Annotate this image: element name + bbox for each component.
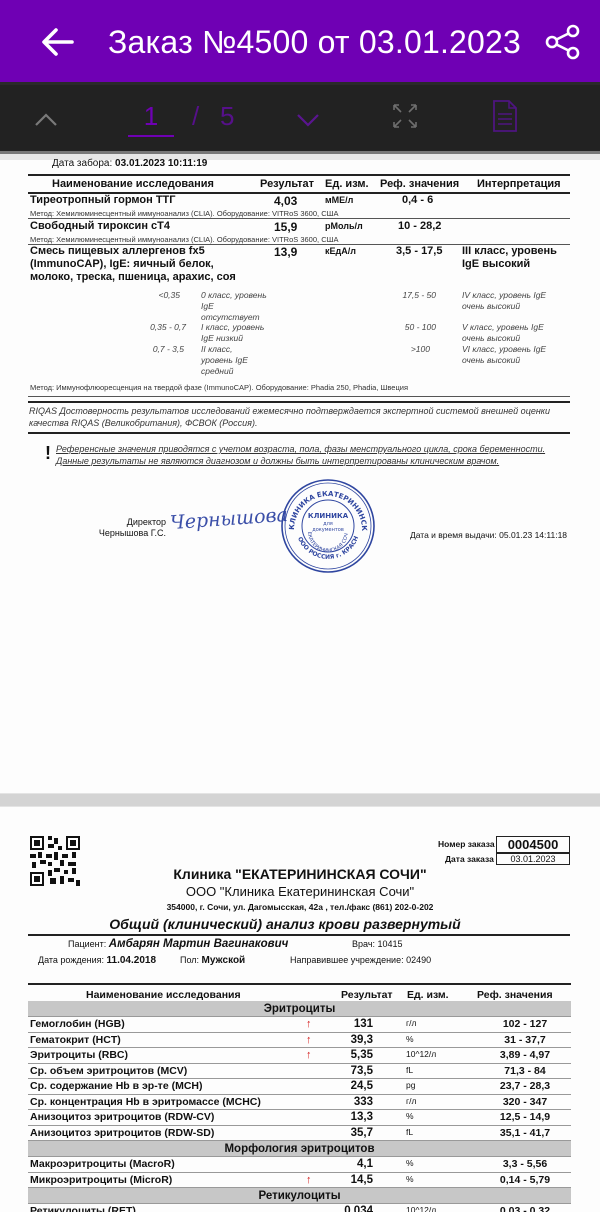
class-range: 50 - 100 xyxy=(390,322,436,333)
back-button[interactable] xyxy=(38,22,78,62)
class-desc: I класс, уровень IgE низкий xyxy=(201,322,264,344)
test-unit: 10^12/л xyxy=(406,1205,436,1212)
document-icon xyxy=(492,99,518,133)
test-ref: 23,7 - 28,3 xyxy=(480,1080,570,1092)
riqas-line: RIQAS Достоверность результатов исследов… xyxy=(29,406,550,418)
divider xyxy=(28,218,570,219)
class-desc: IV класс, уровень IgE очень высокий xyxy=(462,290,546,312)
class-line: II класс, xyxy=(201,344,248,355)
pdf-toolbar: 1 / 5 xyxy=(0,82,600,154)
riqas-line: качества RIQAS (Великобритания), ФСВОК (… xyxy=(29,418,550,430)
test-ref: 0,14 - 5,79 xyxy=(480,1174,570,1186)
issue-datetime: Дата и время выдачи: 05.01.23 14:11:18 xyxy=(410,530,567,540)
test-result: 73,5 xyxy=(351,1065,373,1077)
class-line: IV класс, уровень IgE xyxy=(462,290,546,301)
divider xyxy=(28,401,570,403)
class-line: средний xyxy=(201,366,248,377)
clinic-org: ООО "Клиника Екатерининская Сочи" xyxy=(0,884,600,899)
test-method: Метод: Иммунофлюоресценция на твердой фа… xyxy=(30,383,408,392)
patient-name: Амбарян Мартин Вагинакович xyxy=(109,938,289,950)
doctor-label: Врач: xyxy=(352,939,375,949)
test-name: Анизоцитоз эритроцитов (RDW-SD) xyxy=(30,1127,214,1139)
test-ref: 10 - 28,2 xyxy=(398,220,441,232)
page-separator-band xyxy=(0,793,600,807)
fullscreen-icon xyxy=(390,101,420,131)
table-row: Анизоцитоз эритроцитов (RDW-SD)35,7fL35,… xyxy=(28,1126,571,1142)
dob-value: 11.04.2018 xyxy=(107,955,157,966)
test-interpretation: III класс, уровень IgE высокий xyxy=(462,245,557,271)
test-ref: 0,03 - 0,32 xyxy=(480,1205,570,1212)
patient: Пациент: Амбарян Мартин Вагинакович xyxy=(68,938,288,950)
svg-text:документов: документов xyxy=(312,527,344,533)
test-name: Гемоглобин (HGB) xyxy=(30,1018,125,1030)
total-pages: 5 xyxy=(220,99,234,133)
analysis-title: Общий (клинический) анализ крови разверн… xyxy=(0,916,570,932)
test-name: Ср. содержание Hb в эр-те (MCH) xyxy=(30,1080,203,1092)
test-method: Метод: Хемилюминесцентный иммуноанализ (… xyxy=(30,209,339,218)
test-result: 333 xyxy=(354,1096,373,1108)
high-flag-icon: ↑ xyxy=(306,1049,312,1061)
warning-icon: ! xyxy=(45,443,51,463)
document-info-button[interactable] xyxy=(492,99,518,133)
interpretation-line: III класс, уровень xyxy=(462,245,557,258)
class-range: 0,7 - 3,5 xyxy=(130,344,184,355)
test-result: 4,1 xyxy=(357,1158,373,1170)
class-line: VI класс, уровень IgE xyxy=(462,344,546,355)
director-name: Чернышова Г.С. xyxy=(96,528,166,539)
class-line: I класс, уровень xyxy=(201,322,264,333)
class-range: 0,35 - 0,7 xyxy=(130,322,186,333)
director: Директор Чернышова Г.С. xyxy=(96,517,166,539)
test-name: Гематокрит (HCT) xyxy=(30,1034,121,1046)
test-ref: 0,4 - 6 xyxy=(402,194,433,206)
test-unit: мМЕ/л xyxy=(325,195,353,205)
class-line: IgE низкий xyxy=(201,333,264,344)
table-section-header: Ретикулоциты xyxy=(28,1188,571,1204)
issue-value: 05.01.23 14:11:18 xyxy=(499,530,567,540)
issue-label: Дата и время выдачи: xyxy=(410,530,497,540)
table-body: ЭритроцитыГемоглобин (HGB)↑131г/л102 - 1… xyxy=(28,1001,571,1212)
test-name-line: (ImmunoCAP), IgE: яичный белок, xyxy=(30,258,236,271)
divider xyxy=(28,396,570,397)
test-unit: % xyxy=(406,1034,414,1044)
class-line: V класс, уровень IgE xyxy=(462,322,544,333)
dob-label: Дата рождения: xyxy=(38,955,104,965)
table-row: Гемоглобин (HGB)↑131г/л102 - 127 xyxy=(28,1017,571,1033)
divider xyxy=(28,174,570,176)
test-method: Метод: Хемилюминесцентный иммуноанализ (… xyxy=(30,235,339,244)
test-ref: 35,1 - 41,7 xyxy=(480,1127,570,1139)
col-header-ref: Реф. значения xyxy=(477,989,553,1001)
high-flag-icon: ↑ xyxy=(306,1018,312,1030)
test-ref: 3,3 - 5,56 xyxy=(480,1158,570,1170)
table-row: Макроэритроциты (MacroR)4,1%3,3 - 5,56 xyxy=(28,1157,571,1173)
test-name: Макроэритроциты (MacroR) xyxy=(30,1158,175,1170)
test-ref: 12,5 - 14,9 xyxy=(480,1111,570,1123)
test-unit: pg xyxy=(406,1080,415,1090)
class-line: 0 класс, уровень xyxy=(201,290,267,301)
col-header-unit: Ед. изм. xyxy=(407,989,449,1001)
table-header: Наименование исследования Результат Ед. … xyxy=(28,983,571,1001)
test-result: 5,35 xyxy=(351,1049,373,1061)
col-header-result: Результат xyxy=(341,989,393,1001)
current-page-input[interactable]: 1 xyxy=(128,99,174,137)
col-header-interpretation: Интерпретация xyxy=(477,178,561,190)
sex-value: Мужской xyxy=(202,955,246,966)
signature: Чернышова xyxy=(169,504,288,534)
test-ref: 320 - 347 xyxy=(480,1096,570,1108)
class-line: очень высокий xyxy=(462,333,544,344)
referrer-value: 02490 xyxy=(406,955,431,965)
table-row: Ср. содержание Hb в эр-те (MCH)24,5pg23,… xyxy=(28,1079,571,1095)
reference-notice: Референсные значения приводятся с учетом… xyxy=(56,444,545,467)
page-separator: / xyxy=(192,99,199,133)
class-desc: V класс, уровень IgE очень высокий xyxy=(462,322,544,344)
test-ref: 3,89 - 4,97 xyxy=(480,1049,570,1061)
class-range: 17,5 - 50 xyxy=(390,290,436,301)
table-row: Микроэритроциты (MicroR)↑14,5%0,14 - 5,7… xyxy=(28,1173,571,1189)
test-result: 4,03 xyxy=(274,194,297,208)
test-name-line: Смесь пищевых аллергенов fx5 xyxy=(30,245,236,258)
test-unit: 10^12/л xyxy=(406,1049,436,1059)
col-header-name: Наименование исследования xyxy=(52,178,214,190)
test-result: 35,7 xyxy=(351,1127,373,1139)
test-result: 15,9 xyxy=(274,220,297,234)
class-desc: VI класс, уровень IgE очень высокий xyxy=(462,344,546,366)
class-range: <0,35 xyxy=(140,290,180,301)
svg-text:КЛИНИКА: КЛИНИКА xyxy=(308,512,349,520)
table-section-header: Эритроциты xyxy=(28,1001,571,1017)
referrer-label: Направившее учреждение: xyxy=(290,955,404,965)
class-line: очень высокий xyxy=(462,355,546,366)
test-unit: % xyxy=(406,1111,414,1121)
test-result: 13,9 xyxy=(274,245,297,259)
collection-date-value: 03.01.2023 10:11:19 xyxy=(115,158,207,169)
test-unit: г/л xyxy=(406,1096,416,1106)
notice-line: Данные результаты не являются диагнозом … xyxy=(56,456,545,468)
test-name-line: молоко, треска, пшеница, арахис, соя xyxy=(30,271,236,284)
test-name: Микроэритроциты (MicroR) xyxy=(30,1174,172,1186)
next-page-button[interactable] xyxy=(292,105,324,133)
collection-date-label: Дата забора: xyxy=(52,158,112,169)
class-range: >100 xyxy=(390,344,430,355)
col-header-ref: Реф. значения xyxy=(380,178,459,190)
table-row: Гематокрит (HCT)↑39,3%31 - 37,7 xyxy=(28,1033,571,1049)
share-icon xyxy=(542,22,582,62)
sex: Пол: Мужской xyxy=(180,955,245,966)
table-section-header: Морфология эритроцитов xyxy=(28,1141,571,1157)
collection-date: Дата забора: 03.01.2023 10:11:19 xyxy=(52,158,207,169)
test-name: Ср. объем эритроцитов (MCV) xyxy=(30,1065,187,1077)
test-unit: % xyxy=(406,1158,414,1168)
interpretation-line: IgE высокий xyxy=(462,258,557,271)
test-unit: fL xyxy=(406,1127,413,1137)
director-title: Директор xyxy=(96,517,166,528)
test-unit: кЕдА/л xyxy=(325,246,356,256)
test-result: 131 xyxy=(354,1018,373,1030)
clinic-address: 354000, г. Сочи, ул. Дагомысская, 42а , … xyxy=(0,902,600,912)
referrer: Направившее учреждение: 02490 xyxy=(290,955,431,965)
arrow-left-icon xyxy=(38,22,78,62)
high-flag-icon: ↑ xyxy=(306,1174,312,1186)
test-name: Смесь пищевых аллергенов fx5 (ImmunoCAP)… xyxy=(30,245,236,284)
page-title: Заказ №4500 от 03.01.2023 xyxy=(108,20,521,64)
test-result: 24,5 xyxy=(351,1080,373,1092)
order-number-value: 0004500 xyxy=(496,836,570,853)
app-bar: Заказ №4500 от 03.01.2023 xyxy=(0,0,600,82)
test-result: 14,5 xyxy=(351,1174,373,1186)
prev-page-button[interactable] xyxy=(30,105,62,133)
class-line: уровень IgE xyxy=(201,355,248,366)
test-unit: pМоль/л xyxy=(325,221,363,231)
class-desc: II класс, уровень IgE средний xyxy=(201,344,248,377)
results-table: Наименование исследования Результат Ед. … xyxy=(28,983,571,1212)
test-result: 0,034 xyxy=(344,1205,373,1212)
test-name: Анизоцитоз эритроцитов (RDW-CV) xyxy=(30,1111,214,1123)
chevron-up-icon xyxy=(30,105,62,133)
class-desc: 0 класс, уровень IgE отсутствует xyxy=(201,290,267,323)
birth-date: Дата рождения: 11.04.2018 xyxy=(38,955,156,966)
test-ref: 31 - 37,7 xyxy=(480,1034,570,1046)
test-result: 13,3 xyxy=(351,1111,373,1123)
test-unit: г/л xyxy=(406,1018,416,1028)
high-flag-icon: ↑ xyxy=(306,1034,312,1046)
doctor: Врач: 10415 xyxy=(352,939,403,949)
table-row: Ср. объем эритроцитов (MCV)73,5fL71,3 - … xyxy=(28,1064,571,1080)
notice-line: Референсные значения приводятся с учетом… xyxy=(56,444,545,456)
test-name: Ретикулоциты (RET) xyxy=(30,1205,136,1212)
test-name: Ср. концентрация Hb в эритромассе (MCHC) xyxy=(30,1096,261,1108)
share-button[interactable] xyxy=(542,22,582,62)
test-result: 39,3 xyxy=(351,1034,373,1046)
test-unit: fL xyxy=(406,1065,413,1075)
col-header-unit: Ед. изм. xyxy=(325,178,369,190)
riqas-note: RIQAS Достоверность результатов исследов… xyxy=(29,406,550,429)
clinic-title: Клиника "ЕКАТЕРИНИНСКАЯ СОЧИ" xyxy=(0,866,600,882)
doctor-value: 10415 xyxy=(378,939,403,949)
chevron-down-icon xyxy=(292,105,324,133)
sex-label: Пол: xyxy=(180,955,199,965)
order-date-label: Дата заказа xyxy=(445,854,494,864)
class-line: IgE xyxy=(201,301,267,312)
order-number-label: Номер заказа xyxy=(438,839,495,849)
order-date-value: 03.01.2023 xyxy=(496,853,570,865)
divider xyxy=(28,432,570,434)
test-ref: 102 - 127 xyxy=(480,1018,570,1030)
divider xyxy=(28,934,570,936)
table-row: Ср. концентрация Hb в эритромассе (MCHC)… xyxy=(28,1095,571,1111)
test-name: Тиреотропный гормон ТТГ xyxy=(30,194,176,206)
clinic-stamp: КЛИНИКА ЕКАТЕРИНИНСКАЯ СОЧИ ООО РОССИЯ г… xyxy=(280,478,376,574)
test-ref: 3,5 - 17,5 xyxy=(396,245,442,257)
test-ref: 71,3 - 84 xyxy=(480,1065,570,1077)
col-header-result: Результат xyxy=(260,178,314,190)
table-row: Эритроциты (RBC)↑5,3510^12/л3,89 - 4,97 xyxy=(28,1048,571,1064)
test-name: Свободный тироксин сТ4 xyxy=(30,220,170,232)
fit-screen-button[interactable] xyxy=(390,101,420,131)
table-row: Анизоцитоз эритроцитов (RDW-CV)13,3%12,5… xyxy=(28,1110,571,1126)
col-header-name: Наименование исследования xyxy=(86,989,241,1001)
class-line: очень высокий xyxy=(462,301,546,312)
table-row: Ретикулоциты (RET)0,03410^12/л0,03 - 0,3… xyxy=(28,1204,571,1212)
test-name: Эритроциты (RBC) xyxy=(30,1049,128,1061)
test-unit: % xyxy=(406,1174,414,1184)
patient-label: Пациент: xyxy=(68,939,106,949)
